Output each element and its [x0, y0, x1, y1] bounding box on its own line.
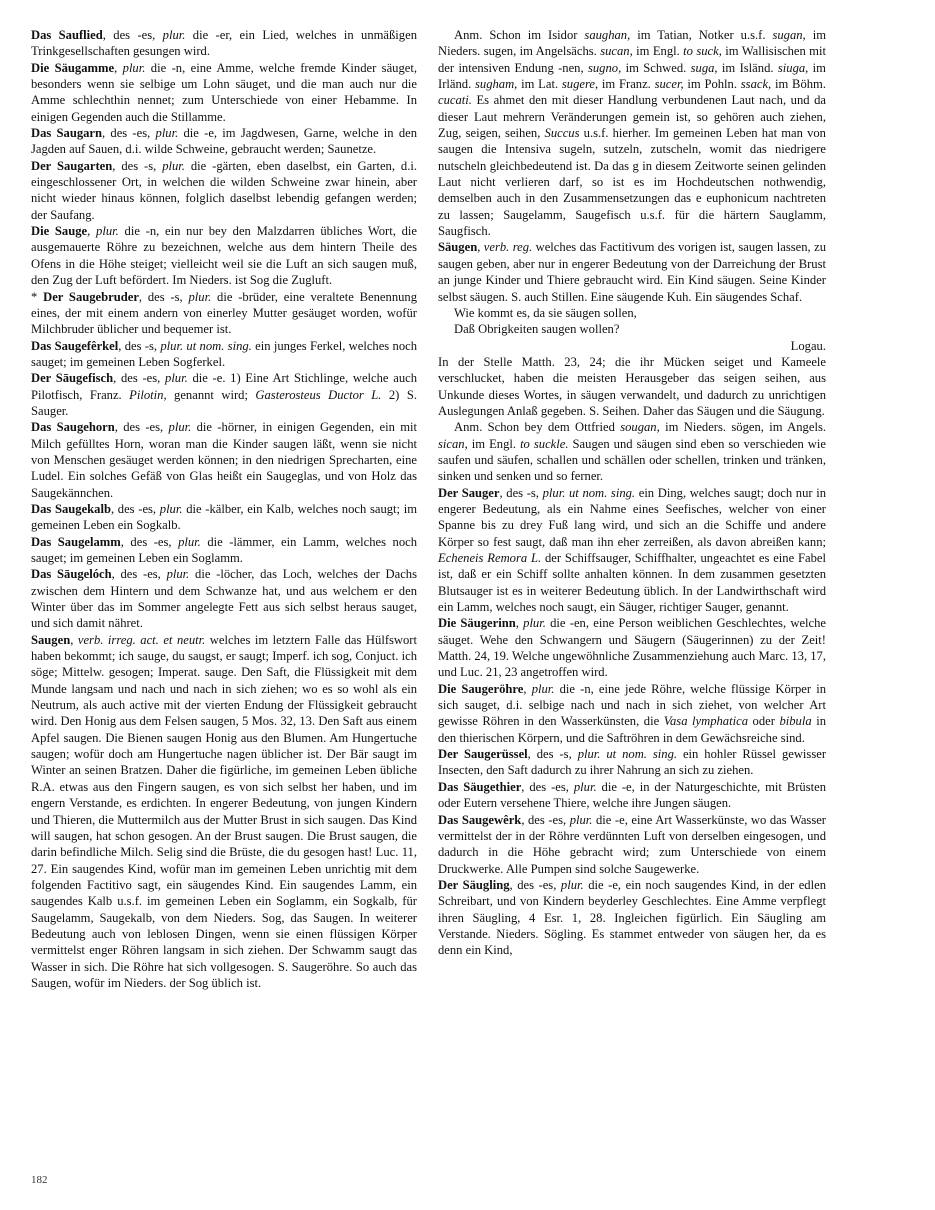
dictionary-entry: Das Sauflied, des -es, plur. die -er, ei…: [31, 27, 417, 60]
italic-term: plur. ut nom. sing.: [578, 747, 677, 761]
headword: Der Saugebruder: [43, 290, 139, 304]
headword: Der Saugerüssel: [438, 747, 528, 761]
headword: Der Sāugefisch: [31, 371, 113, 385]
dictionary-entry: Die Sauge, plur. die -n, ein nur bey den…: [31, 223, 417, 288]
italic-term: plur.: [162, 159, 185, 173]
dictionary-entry: Das Saugelamm, des -es, plur. die -lämme…: [31, 534, 417, 567]
italic-term: Gasterosteus Ductor L.: [255, 388, 381, 402]
italic-term: Succus: [545, 126, 580, 140]
verse-line: Daß Obrigkeiten saugen wollen?: [454, 321, 826, 337]
headword: Das Saugewêrk: [438, 813, 521, 827]
dictionary-entry: Der Säugling, des -es, plur. die -e, ein…: [438, 877, 826, 959]
italic-term: plur. ut nom. sing.: [543, 486, 635, 500]
headword: Saugen: [31, 633, 70, 647]
headword: Die Säugerinn: [438, 616, 516, 630]
headword: Der Sauger: [438, 486, 499, 500]
dictionary-entry: Der Sauger, des -s, plur. ut nom. sing. …: [438, 485, 826, 616]
italic-term: ssack,: [741, 77, 771, 91]
dictionary-entry: Die Säugerinn, plur. die -en, eine Perso…: [438, 615, 826, 680]
headword: Das Säugethier: [438, 780, 521, 794]
headword: Das Sāugelóch: [31, 567, 112, 581]
dictionary-entry: Das Saugewêrk, des -es, plur. die -e, ei…: [438, 812, 826, 877]
italic-term: to suckle.: [520, 437, 568, 451]
left-column: Das Sauflied, des -es, plur. die -er, ei…: [31, 27, 417, 991]
italic-term: plur.: [561, 878, 584, 892]
italic-term: plur.: [165, 371, 188, 385]
dictionary-entry: Der Saugerüssel, des -s, plur. ut nom. s…: [438, 746, 826, 779]
headword: Das Saugarn: [31, 126, 102, 140]
dictionary-entry: * Der Saugebruder, des -s, plur. die -br…: [31, 289, 417, 338]
headword: Der Säugling: [438, 878, 510, 892]
italic-term: sican,: [438, 437, 468, 451]
dictionary-entry: Das Säugethier, des -es, plur. die -e, i…: [438, 779, 826, 812]
italic-term: sugno,: [588, 61, 621, 75]
italic-term: plur.: [167, 567, 190, 581]
italic-term: Pilotin,: [129, 388, 166, 402]
italic-term: saughan,: [584, 28, 630, 42]
etymology-note: Anm. Schon im Isidor saughan, im Tatian,…: [438, 27, 826, 239]
headword: Das Saugefêrkel: [31, 339, 118, 353]
italic-term: sugere,: [562, 77, 598, 91]
italic-term: plur.: [178, 535, 201, 549]
italic-term: plur.: [123, 61, 146, 75]
headword: Die Saugeröhre: [438, 682, 523, 696]
headword: Das Saugehorn: [31, 420, 115, 434]
paragraph: In der Stelle Matth. 23, 24; die ihr Müc…: [438, 354, 826, 419]
italic-term: cucati.: [438, 93, 472, 107]
dictionary-entry: Die Säugamme, plur. die -n, eine Amme, w…: [31, 60, 417, 125]
headword: Säugen: [438, 240, 477, 254]
headword: Das Sauflied: [31, 28, 103, 42]
dictionary-entry: Säugen, verb. reg. welches das Factitivu…: [438, 239, 826, 304]
italic-term: plur.: [160, 502, 183, 516]
italic-term: Echeneis Remora L.: [438, 551, 541, 565]
italic-term: sugham,: [475, 77, 517, 91]
quote-attribution: Logau.: [438, 338, 826, 354]
italic-term: plur.: [532, 682, 555, 696]
dictionary-entry: Saugen, verb. irreg. act. et neutr. welc…: [31, 632, 417, 992]
italic-term: sucer,: [655, 77, 684, 91]
dictionary-entry: Der Saugarten, des -s, plur. die -gärten…: [31, 158, 417, 223]
italic-term: to suck,: [683, 44, 722, 58]
dictionary-entry: Das Saugekalb, des -es, plur. die -kälbe…: [31, 501, 417, 534]
italic-term: sugan,: [772, 28, 805, 42]
italic-term: suga,: [691, 61, 718, 75]
verse-line: Wie kommt es, da sie säugen sollen,: [454, 305, 826, 321]
dictionary-entry: Das Saugehorn, des -es, plur. die -hörne…: [31, 419, 417, 501]
dictionary-entry: Die Saugeröhre, plur. die -n, eine jede …: [438, 681, 826, 746]
dictionary-entry: Das Sāugelóch, des -es, plur. die -löche…: [31, 566, 417, 631]
italic-term: plur.: [169, 420, 192, 434]
dictionary-entry: Das Saugefêrkel, des -s, plur. ut nom. s…: [31, 338, 417, 371]
headword: Die Sauge: [31, 224, 87, 238]
italic-term: bibula: [779, 714, 811, 728]
italic-term: sucan,: [600, 44, 633, 58]
italic-term: plur.: [189, 290, 212, 304]
page-number: 182: [31, 1174, 48, 1186]
italic-term: plur.: [163, 28, 186, 42]
italic-term: plur.: [156, 126, 179, 140]
right-column: Anm. Schon im Isidor saughan, im Tatian,…: [438, 27, 826, 959]
etymology-note: Anm. Schon bey dem Ottfried sougan, im N…: [438, 419, 826, 484]
headword: Das Saugekalb: [31, 502, 111, 516]
italic-term: verb. irreg. act. et neutr.: [78, 633, 205, 647]
italic-term: Vasa lymphatica: [664, 714, 748, 728]
italic-term: plur.: [574, 780, 597, 794]
italic-term: sougan,: [620, 420, 660, 434]
dictionary-entry: Das Saugarn, des -es, plur. die -e, im J…: [31, 125, 417, 158]
headword: Das Saugelamm: [31, 535, 121, 549]
headword: Die Säugamme: [31, 61, 114, 75]
dictionary-entry: Der Sāugefisch, des -es, plur. die -e. 1…: [31, 370, 417, 419]
headword: Der Saugarten: [31, 159, 112, 173]
italic-term: plur.: [96, 224, 119, 238]
italic-term: verb. reg.: [484, 240, 532, 254]
italic-term: plur.: [523, 616, 546, 630]
italic-term: siuga,: [778, 61, 808, 75]
italic-term: plur. ut nom. sing.: [160, 339, 251, 353]
italic-term: plur.: [570, 813, 593, 827]
